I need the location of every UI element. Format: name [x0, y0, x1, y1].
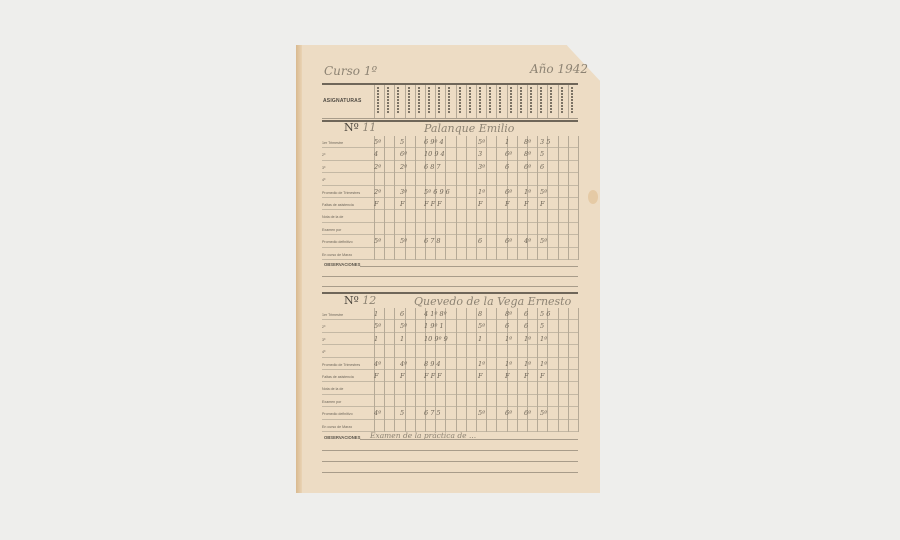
grade-entry: 6º [505, 150, 512, 158]
grade-entry: 5º [374, 237, 381, 245]
row-label: 4º [322, 178, 325, 182]
row-line [322, 197, 578, 198]
grade-entry: 6 [524, 310, 528, 318]
number-label: Nº [344, 294, 359, 307]
column-divider [394, 85, 395, 118]
column-divider [415, 308, 416, 432]
column-divider [527, 85, 528, 118]
grade-entry: F [400, 200, 405, 208]
grade-entry: F F F [424, 200, 442, 208]
grade-entry: 2º [374, 163, 381, 171]
subject-column-header [519, 85, 525, 117]
grade-entry: 1 [505, 138, 509, 146]
column-divider [405, 85, 406, 118]
grade-entry: 6º [524, 163, 531, 171]
grade-entry: 1 [400, 335, 404, 343]
grade-entry: 1º [524, 188, 531, 196]
column-divider [568, 85, 569, 118]
column-divider [415, 85, 416, 118]
column-divider [374, 85, 375, 118]
row-label: Promedio de Trimestres [322, 191, 360, 195]
grade-entry: F [400, 372, 405, 380]
column-divider [568, 136, 569, 260]
grade-entry: 6º [505, 409, 512, 417]
observaciones-label: OBSERVACIONES [324, 435, 360, 440]
grade-entry: 5 [540, 322, 544, 330]
row-line [322, 369, 578, 370]
column-divider [558, 308, 559, 432]
grade-entry: 1º [478, 188, 485, 196]
row-label: Promedio definitivo [322, 412, 353, 416]
row-line [322, 332, 578, 333]
subject-column-header [427, 85, 433, 117]
column-divider [445, 308, 446, 432]
year-title: Año 1942 [530, 62, 588, 76]
grade-entry: 6 7 5 [424, 409, 441, 417]
student-number: 12 [362, 294, 376, 307]
grade-entry: 6 [400, 310, 404, 318]
grade-entry: 2º [374, 188, 381, 196]
column-divider [558, 85, 559, 118]
grade-entry: 1º [478, 360, 485, 368]
column-divider [476, 85, 477, 118]
row-line [322, 259, 578, 260]
column-divider [445, 136, 446, 260]
column-divider [435, 85, 436, 118]
grade-entry: F [478, 200, 483, 208]
column-divider [578, 308, 579, 432]
grade-entry: 1 [374, 335, 378, 343]
subject-column-header [417, 85, 423, 117]
column-divider [507, 85, 508, 118]
paper-edge [296, 45, 302, 493]
column-divider [415, 136, 416, 260]
row-line [322, 357, 578, 358]
grade-entry: 3º [478, 163, 485, 171]
grade-entry: F [540, 372, 545, 380]
student-name: Quevedo de la Vega Ernesto [414, 295, 571, 308]
row-line [322, 344, 578, 345]
row-label: Examen por [322, 228, 341, 232]
subject-column-header [509, 85, 515, 117]
grade-entry: 5º [400, 322, 407, 330]
grade-entry: 4 1º 8º [424, 310, 447, 318]
grade-entry: 5º [478, 322, 485, 330]
column-divider [466, 308, 467, 432]
grade-entry: 5 6 [540, 310, 550, 318]
paper-stain [588, 190, 598, 204]
grade-entry: 6 [478, 237, 482, 245]
subject-column-header [437, 85, 443, 117]
grade-entry: 1 9º 1 [424, 322, 444, 330]
column-divider [466, 136, 467, 260]
obs-line [360, 439, 578, 440]
row-line [322, 222, 578, 223]
grade-entry: 2º [400, 163, 407, 171]
number-label: Nº [344, 121, 359, 134]
column-divider [517, 136, 518, 260]
row-line [322, 234, 578, 235]
subject-column-header [478, 85, 484, 117]
subject-column-header [458, 85, 464, 117]
row-label: En curso de Marzo [322, 425, 352, 429]
column-divider [496, 85, 497, 118]
obs-line [322, 450, 578, 451]
grade-entry: 5º [400, 237, 407, 245]
grade-entry: 5º [540, 409, 547, 417]
grade-entry: 5 [400, 409, 404, 417]
grade-entry: 5º [374, 322, 381, 330]
subject-column-header [376, 85, 382, 117]
column-divider [578, 136, 579, 260]
grade-entry: 5º 6 9 6 [424, 188, 450, 196]
grade-entry: 5 [540, 150, 544, 158]
column-divider [394, 308, 395, 432]
row-label: Faltas de asistencia [322, 203, 354, 207]
grade-entry: 5º [374, 138, 381, 146]
column-divider [394, 136, 395, 260]
row-label: 4º [322, 350, 325, 354]
row-label: Promedio definitivo [322, 240, 353, 244]
subject-column-header [447, 85, 453, 117]
grade-entry: 8º [524, 150, 531, 158]
obs-line [322, 286, 578, 287]
grade-entry: 1º [524, 335, 531, 343]
grade-entry: 8º [505, 310, 512, 318]
grade-entry: 6 8 7 [424, 163, 441, 171]
column-divider [384, 308, 385, 432]
subject-column-header [560, 85, 566, 117]
row-label: Nota de la de [322, 215, 343, 219]
row-line [322, 209, 578, 210]
grade-entry: 6º [505, 188, 512, 196]
row-label: 2º [322, 325, 325, 329]
row-label: 1er Trimestre [322, 141, 343, 145]
grade-entry: F F F [424, 372, 442, 380]
column-divider [456, 136, 457, 260]
grade-entry: 6º [524, 409, 531, 417]
grade-entry: 1º [540, 335, 547, 343]
grade-entry: F [524, 372, 529, 380]
column-divider [476, 308, 477, 432]
row-label: En curso de Marzo [322, 253, 352, 257]
grade-entry: 4º [374, 360, 381, 368]
column-divider [384, 136, 385, 260]
row-label: 3º [322, 166, 325, 170]
obs-line [322, 276, 578, 277]
grade-entry: F [374, 200, 379, 208]
header-bottom-rule [322, 118, 578, 119]
row-label: 3º [322, 338, 325, 342]
row-line [322, 247, 578, 248]
grade-entry: 1º [524, 360, 531, 368]
subject-column-header [488, 85, 494, 117]
grade-entry: 1 [478, 335, 482, 343]
row-label: 1er Trimestre [322, 313, 343, 317]
subject-column-header [529, 85, 535, 117]
column-divider [476, 136, 477, 260]
grade-entry: F [505, 372, 510, 380]
column-divider [547, 308, 548, 432]
grade-entry: 4º [524, 237, 531, 245]
row-label: Examen por [322, 400, 341, 404]
column-divider [537, 308, 538, 432]
grade-entry: 4º [400, 360, 407, 368]
grade-entry: 6º [505, 237, 512, 245]
grade-entry: 10 9º 9 [424, 335, 448, 343]
column-divider [445, 85, 446, 118]
subject-column-header [570, 85, 576, 117]
obs-line [322, 472, 578, 473]
grade-entry: 6 [540, 163, 544, 171]
row-line [322, 406, 578, 407]
obs-line [360, 266, 578, 267]
subjects-header: ASIGNATURAS [323, 98, 362, 104]
grade-entry: 4 [374, 150, 378, 158]
grade-entry: 3º [400, 188, 407, 196]
grade-entry: 1º [505, 360, 512, 368]
row-line [322, 185, 578, 186]
row-label: Faltas de asistencia [322, 375, 354, 379]
row-line [322, 319, 578, 320]
grade-entry: F [524, 200, 529, 208]
column-divider [466, 85, 467, 118]
column-divider [486, 308, 487, 432]
subject-column-header [498, 85, 504, 117]
grade-entry: 10 9 4 [424, 150, 445, 158]
row-label: Nota de la de [322, 387, 343, 391]
column-divider [547, 85, 548, 118]
curso-title: Curso 1º [324, 64, 377, 78]
column-divider [496, 308, 497, 432]
row-line [322, 160, 578, 161]
grade-entry: 6 [524, 322, 528, 330]
grade-entry: 6º [400, 150, 407, 158]
grade-entry: 5º [540, 237, 547, 245]
row-label: 2º [322, 153, 325, 157]
subject-column-header [396, 85, 402, 117]
grade-entry: F [540, 200, 545, 208]
subject-column-header [386, 85, 392, 117]
subject-column-header [549, 85, 555, 117]
column-divider [496, 136, 497, 260]
column-divider [517, 85, 518, 118]
grade-entry: 5º [478, 409, 485, 417]
obs-line [322, 461, 578, 462]
row-label: Promedio de Trimestres [322, 363, 360, 367]
grade-entry: 5º [540, 188, 547, 196]
column-divider [486, 85, 487, 118]
grade-entry: 6 9º 4 [424, 138, 444, 146]
grade-entry: 3 [478, 150, 482, 158]
column-divider [537, 136, 538, 260]
grade-entry: 5º [478, 138, 485, 146]
grade-entry: 3 5 [540, 138, 550, 146]
grade-entry: 8 9 4 [424, 360, 441, 368]
row-line [322, 394, 578, 395]
grade-entry: F [374, 372, 379, 380]
subject-column-header [539, 85, 545, 117]
grade-entry: 8º [524, 138, 531, 146]
subject-column-header [407, 85, 413, 117]
column-divider [537, 85, 538, 118]
student-number: 11 [362, 121, 376, 134]
column-divider [486, 136, 487, 260]
row-line [322, 419, 578, 420]
subject-column-header [468, 85, 474, 117]
grade-entry: 1º [505, 335, 512, 343]
column-divider [517, 308, 518, 432]
row-line [322, 381, 578, 382]
grade-entry: 1 [374, 310, 378, 318]
column-divider [558, 136, 559, 260]
grade-entry: 6 7 8 [424, 237, 441, 245]
column-divider [425, 85, 426, 118]
column-divider [547, 136, 548, 260]
column-divider [384, 85, 385, 118]
observaciones-label: OBSERVACIONES [324, 262, 360, 267]
grade-entry: 1º [540, 360, 547, 368]
column-divider [456, 85, 457, 118]
grade-entry: 5 [400, 138, 404, 146]
grade-entry: F [505, 200, 510, 208]
grade-entry: 6 [505, 322, 509, 330]
grade-entry: 4º [374, 409, 381, 417]
student-name: Palanque Emilio [424, 122, 514, 135]
row-line [322, 147, 578, 148]
column-divider [568, 308, 569, 432]
grade-entry: F [478, 372, 483, 380]
grade-entry: 8 [478, 310, 482, 318]
row-line [322, 172, 578, 173]
row-line [322, 431, 578, 432]
column-divider [456, 308, 457, 432]
grade-entry: 6 [505, 163, 509, 171]
